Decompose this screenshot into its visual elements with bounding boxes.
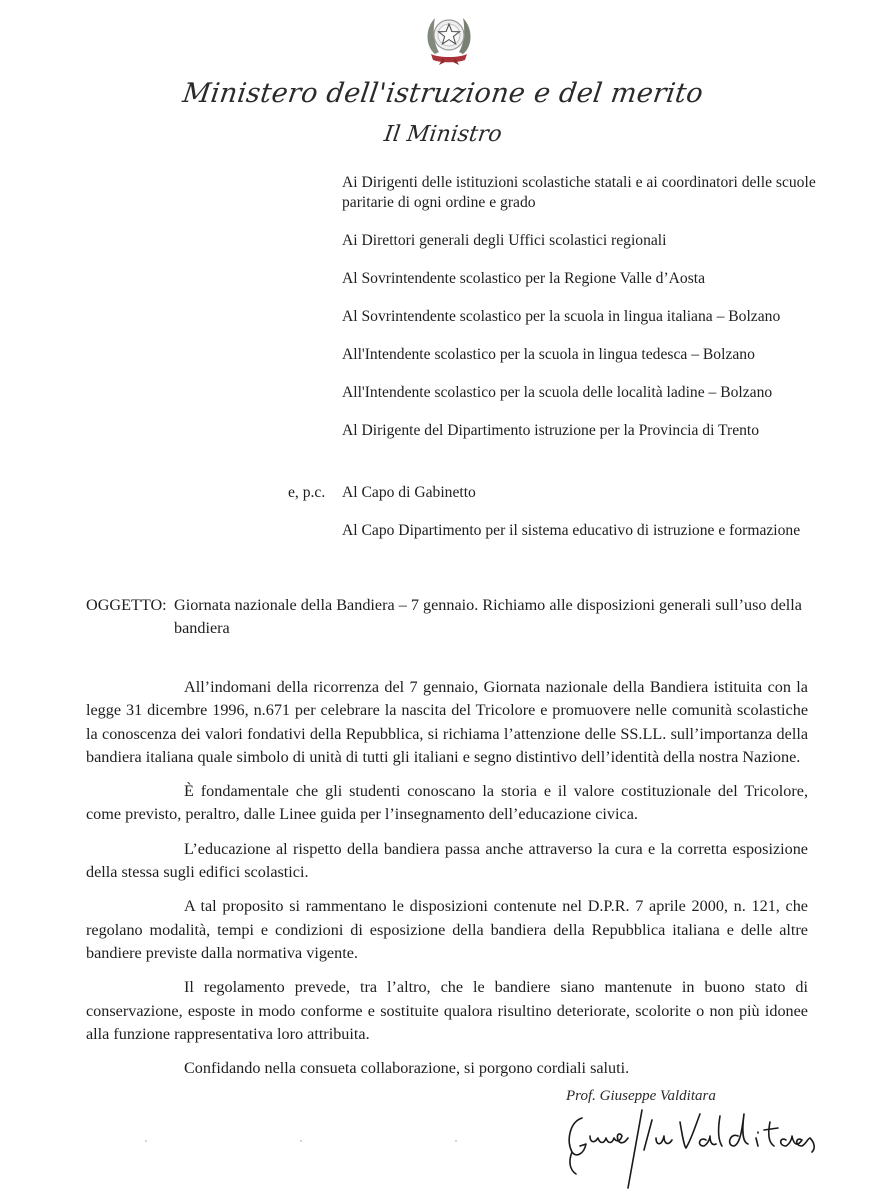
recipient-item: All'Intendente scolastico per la scuola … [342,383,822,403]
letter-body: All’indomani della ricorrenza del 7 genn… [86,676,808,1091]
cc-list: Al Capo di Gabinetto Al Capo Dipartiment… [342,483,812,559]
closing-paragraph: Confidando nella consueta collaborazione… [86,1057,808,1080]
recipient-item: Al Sovrintendente scolastico per la scuo… [342,307,822,327]
recipient-item: Al Sovrintendente scolastico per la Regi… [342,269,822,289]
italian-republic-emblem-icon [421,8,477,66]
recipient-item: Ai Dirigenti delle istituzioni scolastic… [342,173,822,213]
body-paragraph: A tal proposito si rammentano le disposi… [86,895,808,965]
handwritten-signature-icon [560,1100,830,1190]
body-paragraph: Il regolamento prevede, tra l’altro, che… [86,976,808,1046]
scan-speck [145,1140,147,1142]
ministry-name: Ministero dell'istruzione e del merito [0,78,886,109]
office-title: Il Ministro [0,122,886,147]
body-paragraph: All’indomani della ricorrenza del 7 genn… [86,676,808,769]
scan-speck [300,1140,302,1142]
recipient-item: Ai Direttori generali degli Uffici scola… [342,231,822,251]
subject-label: OGGETTO: [86,594,167,617]
recipients-list: Ai Dirigenti delle istituzioni scolastic… [342,173,822,459]
cc-item: Al Capo di Gabinetto [342,483,812,503]
cc-label: e, p.c. [288,483,325,503]
scan-speck [455,1140,457,1142]
body-paragraph: È fondamentale che gli studenti conoscan… [86,780,808,827]
recipient-item: Al Dirigente del Dipartimento istruzione… [342,421,822,441]
body-paragraph: L’educazione al rispetto della bandiera … [86,838,808,885]
cc-item: Al Capo Dipartimento per il sistema educ… [342,521,812,541]
subject-text: Giornata nazionale della Bandiera – 7 ge… [174,594,814,640]
recipient-item: All'Intendente scolastico per la scuola … [342,345,822,365]
